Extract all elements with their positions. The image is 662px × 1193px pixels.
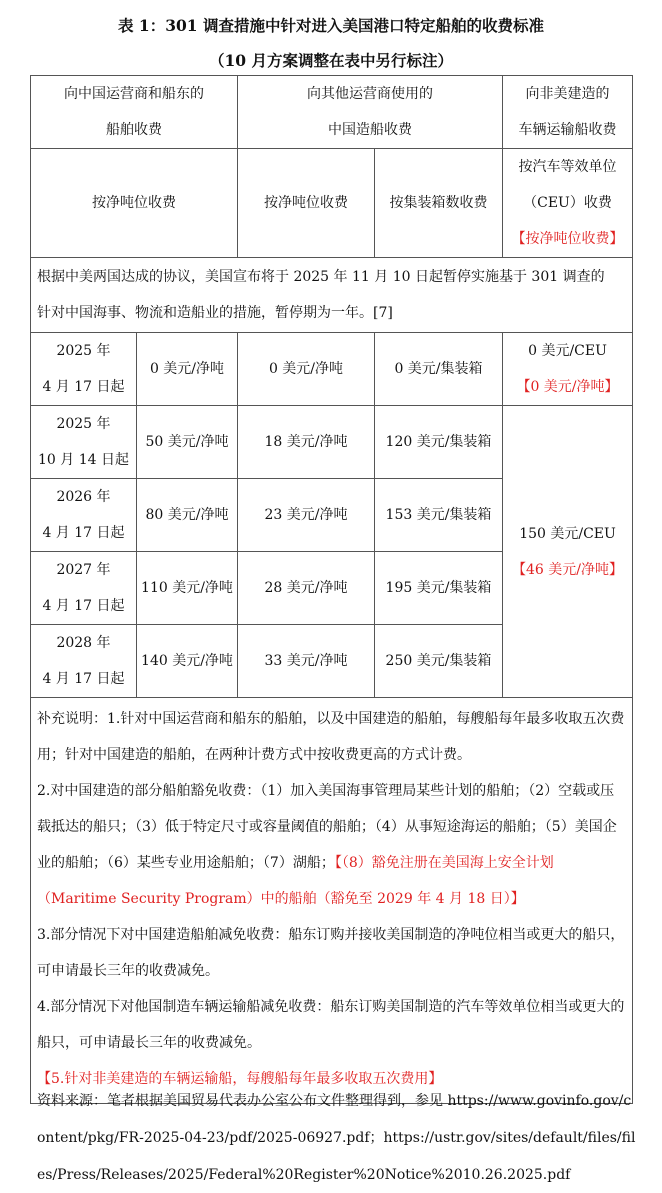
- date-cell: 2026 年4 月 17 日起: [31, 479, 137, 552]
- subheader-container: 按集装箱数收费: [375, 149, 503, 258]
- note-4: 4.部分情况下对他国制造车辆运输船减免收费：船东订购美国制造的汽车等效单位相当或…: [37, 989, 626, 1061]
- header-row: 向中国运营商和船东的 船舶收费 向其他运营商使用的 中国造船收费 向非美建造的 …: [31, 76, 633, 149]
- container-fee: 250 美元/集装箱: [375, 625, 503, 698]
- note-3: 3.部分情况下对中国建造船舶减免收费：船东订购并接收美国制造的净吨位相当或更大的…: [37, 917, 626, 989]
- header-car-carrier: 向非美建造的 车辆运输船收费: [503, 76, 633, 149]
- suspension-note: 根据中美两国达成的协议，美国宣布将于 2025 年 11 月 10 日起暂停实施…: [31, 258, 633, 333]
- header-cn-built: 向其他运营商使用的 中国造船收费: [238, 76, 503, 149]
- note-1: 补充说明：1.针对中国运营商和船东的船舶，以及中国建造的船舶，每艘船每年最多收取…: [37, 701, 626, 773]
- container-fee: 120 美元/集装箱: [375, 406, 503, 479]
- notes-row: 补充说明：1.针对中国运营商和船东的船舶，以及中国建造的船舶，每艘船每年最多收取…: [31, 698, 633, 1104]
- subheader-row: 按净吨位收费 按净吨位收费 按集装箱数收费 按汽车等效单位 （CEU）收费 【按…: [31, 149, 633, 258]
- date-cell: 2028 年4 月 17 日起: [31, 625, 137, 698]
- source-citation: 资料来源：笔者根据美国贸易代表办公室公布文件整理得到，参见 https://ww…: [37, 1083, 637, 1193]
- header-cn-operator: 向中国运营商和船东的 船舶收费: [31, 76, 238, 149]
- subheader-net-ton-1: 按净吨位收费: [31, 149, 238, 258]
- table-row: 2025 年10 月 14 日起 50 美元/净吨 18 美元/净吨 120 美…: [31, 406, 633, 479]
- subheader-ceu: 按汽车等效单位 （CEU）收费 【按净吨位收费】: [503, 149, 633, 258]
- cn-built-fee: 23 美元/净吨: [238, 479, 375, 552]
- suspension-note-row: 根据中美两国达成的协议，美国宣布将于 2025 年 11 月 10 日起暂停实施…: [31, 258, 633, 333]
- cn-operator-fee: 0 美元/净吨: [137, 333, 238, 406]
- table-subtitle: （10 月方案调整在表中另行标注）: [0, 49, 662, 71]
- container-fee: 0 美元/集装箱: [375, 333, 503, 406]
- cn-operator-fee: 110 美元/净吨: [137, 552, 238, 625]
- table-title: 表 1：301 调查措施中针对进入美国港口特定船舶的收费标准: [0, 14, 662, 36]
- subheader-net-ton-2: 按净吨位收费: [238, 149, 375, 258]
- car-carrier-fee: 0 美元/CEU【0 美元/净吨】: [503, 333, 633, 406]
- fee-table: 向中国运营商和船东的 船舶收费 向其他运营商使用的 中国造船收费 向非美建造的 …: [30, 75, 633, 1104]
- date-cell: 2025 年4 月 17 日起: [31, 333, 137, 406]
- container-fee: 195 美元/集装箱: [375, 552, 503, 625]
- cn-built-fee: 0 美元/净吨: [238, 333, 375, 406]
- car-carrier-fee-merged: 150 美元/CEU【46 美元/净吨】: [503, 406, 633, 698]
- date-cell: 2027 年4 月 17 日起: [31, 552, 137, 625]
- cn-built-fee: 28 美元/净吨: [238, 552, 375, 625]
- container-fee: 153 美元/集装箱: [375, 479, 503, 552]
- date-cell: 2025 年10 月 14 日起: [31, 406, 137, 479]
- ceu-adjustment-note: 【按净吨位收费】: [507, 221, 628, 257]
- cn-built-fee: 18 美元/净吨: [238, 406, 375, 479]
- cn-operator-fee: 140 美元/净吨: [137, 625, 238, 698]
- cn-built-fee: 33 美元/净吨: [238, 625, 375, 698]
- note-2: 2.对中国建造的部分船舶豁免收费：（1）加入美国海事管理局某些计划的船舶；（2）…: [37, 773, 626, 917]
- supplementary-notes: 补充说明：1.针对中国运营商和船东的船舶，以及中国建造的船舶，每艘船每年最多收取…: [31, 698, 633, 1104]
- cn-operator-fee: 80 美元/净吨: [137, 479, 238, 552]
- cn-operator-fee: 50 美元/净吨: [137, 406, 238, 479]
- table-row: 2025 年4 月 17 日起 0 美元/净吨 0 美元/净吨 0 美元/集装箱…: [31, 333, 633, 406]
